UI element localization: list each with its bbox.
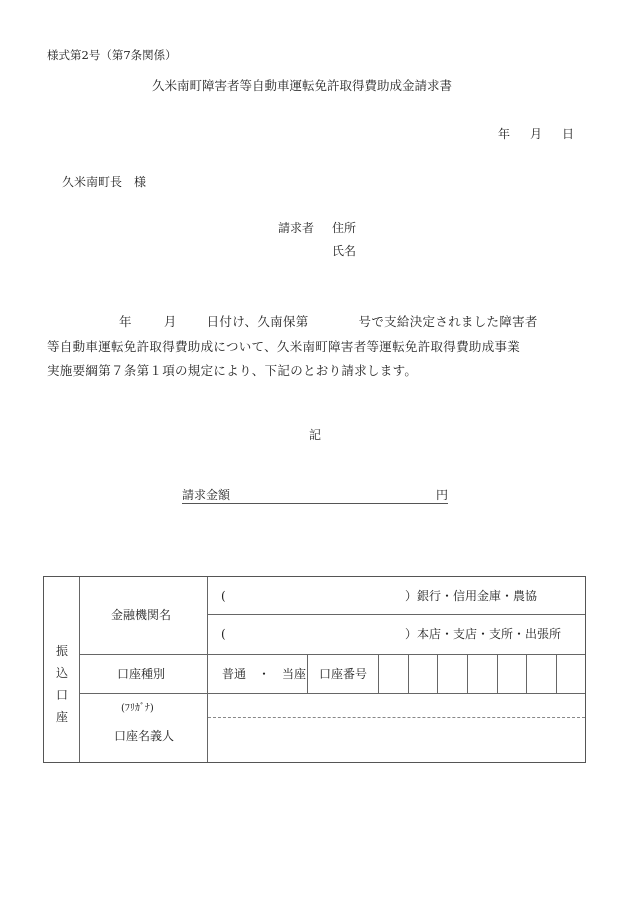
section-char: 座 [44, 706, 80, 728]
branch-open-paren: ( [221, 628, 226, 640]
account-holder-label: 口座名義人 [114, 730, 174, 742]
body-line-1: 年月日付け、久南保第号で支給決定されました障害者 [119, 316, 538, 329]
amount-unit: 円 [436, 489, 448, 501]
account-digit-5[interactable] [498, 655, 526, 693]
divider [307, 654, 308, 693]
account-number-label: 口座番号 [319, 668, 367, 680]
account-digit-6[interactable] [527, 655, 556, 693]
body-year: 年 [119, 314, 132, 329]
document-title: 久米南町障害者等自動車運転免許取得費助成金請求書 [152, 80, 452, 93]
amount-label: 請求金額 [182, 489, 230, 501]
bank-open-paren: ( [221, 590, 226, 602]
date-month: 月 [530, 128, 542, 140]
account-digit-2[interactable] [409, 655, 437, 693]
date-line: 年月日 [498, 128, 574, 140]
institution-label: 金融機関名 [111, 609, 171, 621]
body-day-ref: 日付け、久南保第 [207, 314, 309, 329]
addressee: 久米南町長 様 [62, 176, 146, 188]
section-char: 振 [44, 640, 80, 662]
section-char: 口 [44, 684, 80, 706]
divider [207, 614, 585, 615]
form-number: 様式第2号（第7条関係） [47, 50, 177, 62]
account-digit-1[interactable] [379, 655, 408, 693]
date-day: 日 [562, 128, 574, 140]
amount-field[interactable]: 請求金額 円 [182, 489, 448, 504]
body-line-3: 実施要綱第７条第１項の規定により、下記のとおり請求します。 [47, 365, 417, 378]
body-line-2: 等自動車運転免許取得費助成について、久米南町障害者等運転免許取得費助成事業 [47, 341, 520, 354]
body-decision: 号で支給決定されました障害者 [359, 314, 538, 329]
ki-heading: 記 [309, 429, 321, 441]
account-table: 振 込 口 座 金融機関名 ( ）銀行・信用金庫・農協 ( ）本店・支店・支所・… [43, 576, 586, 763]
claimant-label: 請求者 [278, 222, 314, 234]
furigana-input[interactable] [208, 694, 585, 717]
furigana-label: (ﾌﾘｶﾞﾅ) [121, 704, 154, 714]
address-label: 住所 [332, 222, 356, 234]
branch-type-options[interactable]: ）本店・支店・支所・出張所 [405, 628, 561, 640]
name-label: 氏名 [332, 245, 356, 257]
section-label-transfer-account: 振 込 口 座 [44, 640, 80, 728]
account-type-label: 口座種別 [117, 668, 165, 680]
bank-type-options[interactable]: ）銀行・信用金庫・農協 [405, 590, 537, 602]
account-holder-input[interactable] [208, 718, 585, 762]
body-month: 月 [164, 314, 177, 329]
date-year: 年 [498, 128, 510, 140]
account-digit-4[interactable] [468, 655, 497, 693]
account-digit-7[interactable] [557, 655, 585, 693]
account-type-options[interactable]: 普通 ・ 当座 [222, 668, 306, 680]
section-char: 込 [44, 662, 80, 684]
account-digit-3[interactable] [438, 655, 467, 693]
